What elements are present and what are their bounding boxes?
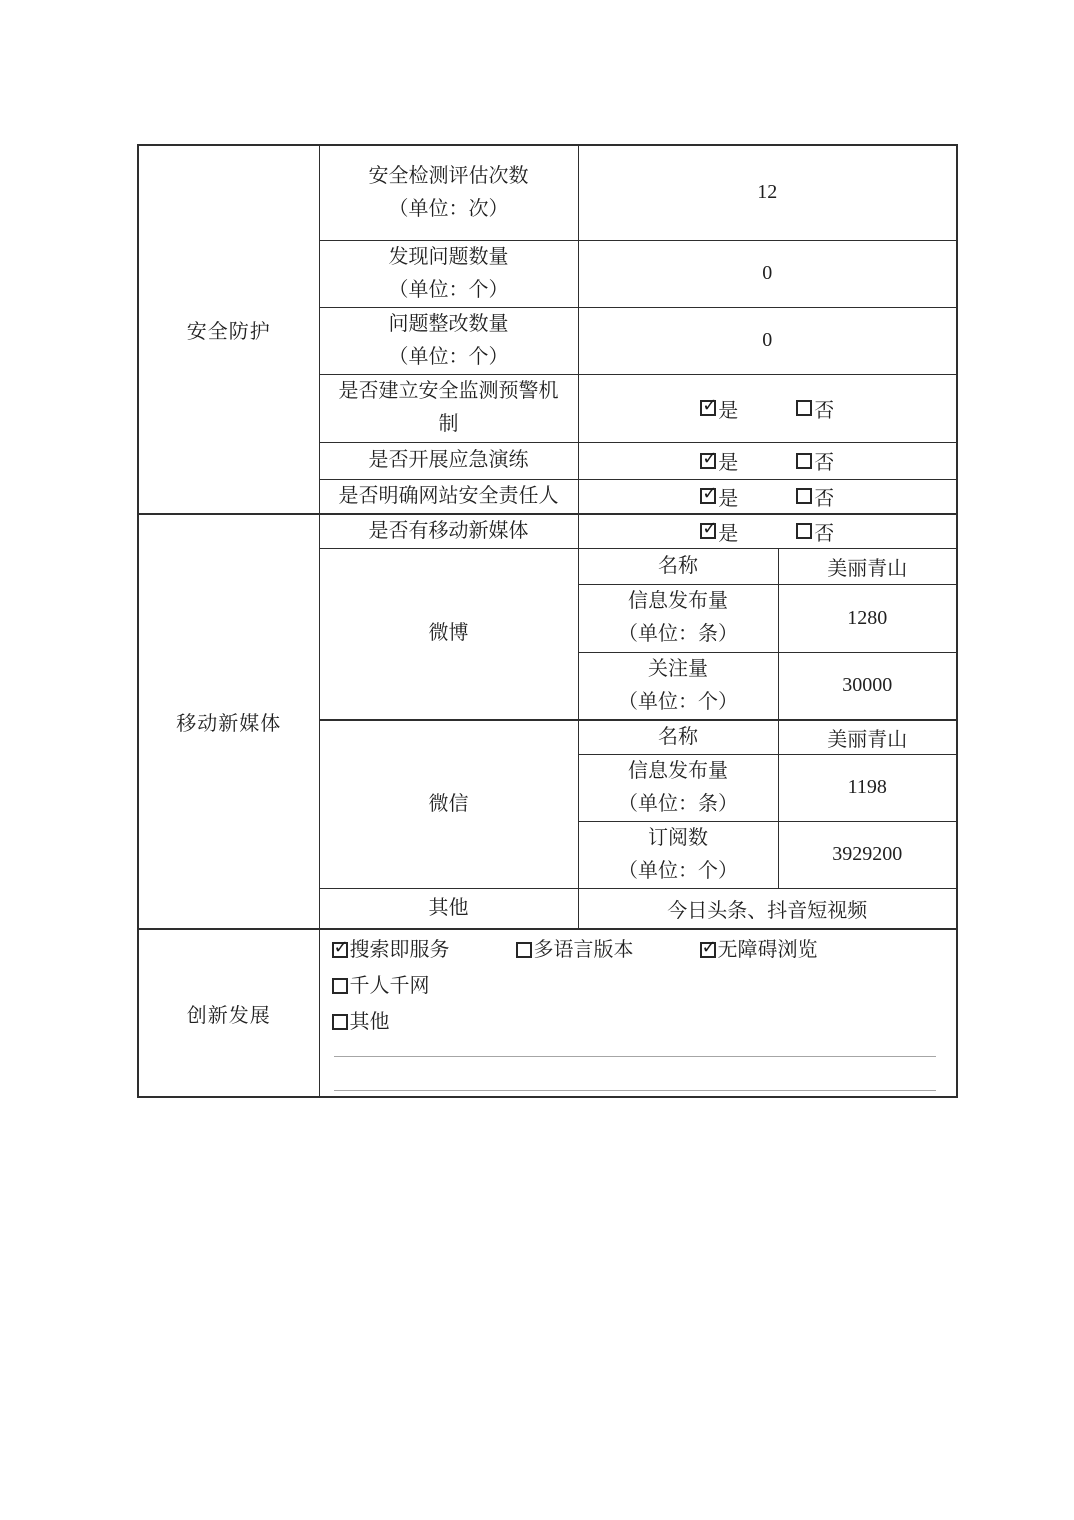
security-found-value: 0 (578, 240, 957, 307)
label-line-1: 安全检测评估次数 (334, 160, 564, 193)
wechat-header: 微信 (319, 720, 578, 889)
report-table: 安全防护 安全检测评估次数 （单位：次） 12 发现问题数量 （单位：个） 0 … (137, 144, 958, 1098)
security-detect-label: 安全检测评估次数 （单位：次） (319, 145, 578, 240)
option-other: 其他 (332, 1004, 390, 1040)
wechat-subscribers-value: 3929200 (778, 821, 957, 888)
mobile-has-yesno: 是 否 (578, 514, 957, 549)
blank-line-2 (334, 1057, 937, 1091)
security-drill-yesno: 是 否 (578, 442, 957, 479)
label-line-2: （单位：次） (334, 193, 564, 226)
option-multilingual: 多语言版本 (516, 932, 634, 968)
option-checkbox (332, 942, 348, 958)
security-fixed-value: 0 (578, 307, 957, 374)
label-line-2: （单位：个） (589, 686, 768, 719)
innovation-content: 搜索即服务 多语言版本 无障碍浏览 千人千网 (319, 929, 957, 1097)
option-label: 多语言版本 (534, 932, 634, 968)
yes-label: 是 (718, 517, 738, 546)
innovation-options-row-1: 搜索即服务 多语言版本 无障碍浏览 (332, 932, 941, 968)
yes-option: 是 (700, 482, 738, 511)
label-line-2: （单位：条） (589, 618, 768, 651)
no-label: 否 (814, 517, 834, 546)
option-checkbox (700, 942, 716, 958)
security-officer-label: 是否明确网站安全责任人 (319, 479, 578, 514)
innovation-options-row-2: 千人千网 (332, 968, 941, 1004)
no-label: 否 (814, 482, 834, 511)
no-label: 否 (814, 446, 834, 475)
no-checkbox (796, 453, 812, 469)
security-drill-label: 是否开展应急演练 (319, 442, 578, 479)
no-option: 否 (796, 394, 834, 423)
document-page: 安全防护 安全检测评估次数 （单位：次） 12 发现问题数量 （单位：个） 0 … (0, 0, 1074, 1520)
security-warning-yesno: 是 否 (578, 374, 957, 442)
yes-label: 是 (718, 446, 738, 475)
label-line-2: （单位：个） (334, 341, 564, 374)
weibo-posts-value: 1280 (778, 584, 957, 652)
security-officer-yesno: 是 否 (578, 479, 957, 514)
no-label: 否 (814, 394, 834, 423)
label-line-1: 问题整改数量 (334, 308, 564, 341)
wechat-name-label: 名称 (578, 720, 778, 755)
option-checkbox (332, 1014, 348, 1030)
label-line-2: （单位：个） (334, 274, 564, 307)
wechat-posts-value: 1198 (778, 754, 957, 821)
wechat-name-value: 美丽青山 (778, 720, 957, 755)
yes-option: 是 (700, 446, 738, 475)
yes-checkbox (700, 523, 716, 539)
mobile-has-label: 是否有移动新媒体 (319, 514, 578, 549)
label-line-1: 信息发布量 (589, 755, 768, 788)
weibo-followers-label: 关注量 （单位：个） (578, 652, 778, 720)
innovation-options-row-3: 其他 (332, 1004, 941, 1040)
label-line-1: 订阅数 (589, 822, 768, 855)
option-label: 其他 (350, 1004, 390, 1040)
yes-label: 是 (718, 482, 738, 511)
wechat-subscribers-label: 订阅数 （单位：个） (578, 821, 778, 888)
security-warning-label: 是否建立安全监测预警机制 (319, 374, 578, 442)
blank-line-1 (334, 1040, 937, 1057)
no-option: 否 (796, 482, 834, 511)
label-line-2: （单位：个） (589, 855, 768, 888)
security-found-label: 发现问题数量 （单位：个） (319, 240, 578, 307)
no-option: 否 (796, 517, 834, 546)
no-checkbox (796, 523, 812, 539)
no-checkbox (796, 488, 812, 504)
option-label: 搜索即服务 (350, 932, 450, 968)
yes-label: 是 (718, 394, 738, 423)
mobile-other-value: 今日头条、抖音短视频 (578, 888, 957, 929)
section-security-header: 安全防护 (138, 145, 319, 514)
yes-checkbox (700, 488, 716, 504)
option-qianren-qianwang: 千人千网 (332, 968, 430, 1004)
mobile-other-label: 其他 (319, 888, 578, 929)
section-innovation-header: 创新发展 (138, 929, 319, 1097)
no-checkbox (796, 400, 812, 416)
no-option: 否 (796, 446, 834, 475)
security-fixed-label: 问题整改数量 （单位：个） (319, 307, 578, 374)
weibo-followers-value: 30000 (778, 652, 957, 720)
option-checkbox (516, 942, 532, 958)
weibo-name-value: 美丽青山 (778, 548, 957, 584)
option-label: 无障碍浏览 (718, 932, 818, 968)
yes-option: 是 (700, 394, 738, 423)
label-line-2: （单位：条） (589, 788, 768, 821)
security-detect-value: 12 (578, 145, 957, 240)
label-line-1: 关注量 (589, 653, 768, 686)
yes-checkbox (700, 400, 716, 416)
section-mobile-header: 移动新媒体 (138, 514, 319, 930)
yes-checkbox (700, 453, 716, 469)
option-search-service: 搜索即服务 (332, 932, 450, 968)
weibo-name-label: 名称 (578, 548, 778, 584)
wechat-posts-label: 信息发布量 （单位：条） (578, 754, 778, 821)
option-checkbox (332, 978, 348, 994)
weibo-posts-label: 信息发布量 （单位：条） (578, 584, 778, 652)
option-accessibility: 无障碍浏览 (700, 932, 818, 968)
yes-option: 是 (700, 517, 738, 546)
weibo-header: 微博 (319, 548, 578, 720)
label-line-1: 发现问题数量 (334, 241, 564, 274)
label-line-1: 信息发布量 (589, 585, 768, 618)
option-label: 千人千网 (350, 968, 430, 1004)
